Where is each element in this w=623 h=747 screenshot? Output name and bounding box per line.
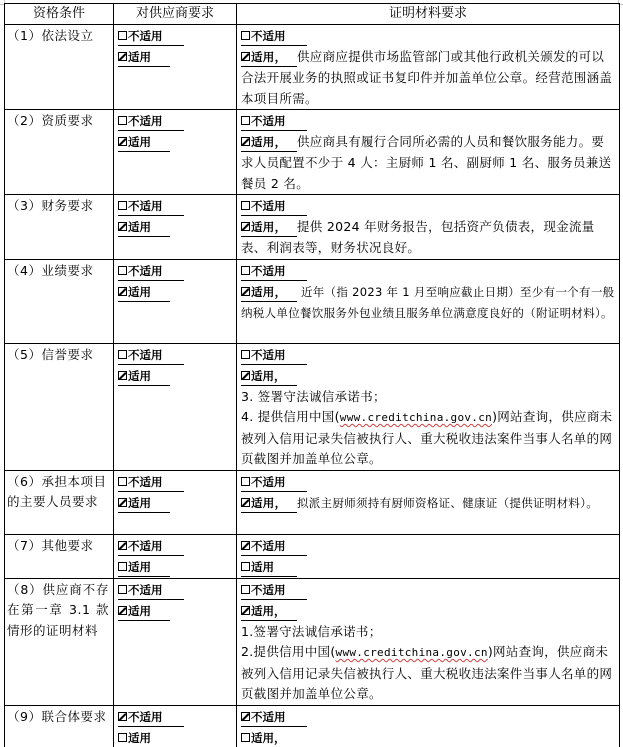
proof-material-cell: 不适用适用，供应商具有履行合同所必需的人员和餐饮服务能力。要求人员配置不少于 4…	[237, 110, 620, 195]
unchecked-box-icon[interactable]	[118, 201, 127, 210]
unchecked-box-icon[interactable]	[241, 116, 250, 125]
option-label: 适用	[128, 496, 151, 510]
applicable-checkbox[interactable]: 适用	[118, 282, 170, 302]
option-label: 适用	[128, 731, 151, 745]
proof-material-cell: 不适用适用， 近年（指 2023 年 1 月至响应截止日期）至少有一个有一般纳税…	[237, 259, 620, 343]
option-label: 适用，	[251, 731, 286, 745]
unchecked-box-icon[interactable]	[241, 31, 250, 40]
proof-description: 适用，供应商应提供市场监管部门或其他行政机关颁发的可以合法开展业务的执照或证书复…	[241, 47, 615, 109]
checked-box-icon[interactable]	[241, 498, 250, 507]
checked-box-icon[interactable]	[118, 137, 127, 146]
supplier-requirement-cell: 不适用适用	[114, 578, 237, 705]
condition-cell: （8）供应商不存在第一章 3.1 款情形的证明材料	[5, 578, 114, 705]
condition-cell: （2）资质要求	[5, 110, 114, 195]
option-label: 不适用	[251, 264, 286, 278]
proof-text: 供应商应提供市场监管部门或其他行政机关颁发的可以合法开展业务的执照或证书复印件并…	[241, 49, 612, 106]
applicable-checkbox[interactable]: 适用	[118, 132, 170, 152]
proof-not-applicable-checkbox[interactable]: 不适用	[241, 261, 307, 281]
option-label: 适用	[128, 285, 151, 299]
option-label: 不适用	[251, 539, 286, 553]
supplier-requirement-cell: 不适用适用	[114, 110, 237, 195]
unchecked-box-icon[interactable]	[241, 585, 250, 594]
proof-applicable-checkbox[interactable]: 适用，	[241, 132, 297, 152]
unchecked-box-icon[interactable]	[118, 116, 127, 125]
proof-not-applicable-checkbox[interactable]: 不适用	[241, 580, 307, 600]
proof-list-item: 2.提供信用中国(www.creditchina.gov.cn)网站查询，供应商…	[241, 642, 615, 705]
not-applicable-checkbox[interactable]: 不适用	[118, 345, 184, 365]
unchecked-box-icon[interactable]	[118, 477, 127, 486]
applicable-checkbox[interactable]: 适用	[118, 728, 170, 747]
table-row: （9）联合体要求不适用适用不适用适用，	[5, 705, 620, 747]
proof-text: 近年（指 2023 年 1 月至响应截止日期）至少有一个有一般纳税人单位餐饮服务…	[241, 285, 614, 320]
not-applicable-checkbox[interactable]: 不适用	[118, 26, 184, 46]
checked-box-icon[interactable]	[118, 712, 127, 721]
checked-box-icon[interactable]	[241, 606, 250, 615]
option-label: 不适用	[128, 29, 163, 43]
condition-cell: （9）联合体要求	[5, 705, 114, 747]
unchecked-box-icon[interactable]	[118, 266, 127, 275]
option-label: 不适用	[128, 264, 163, 278]
table-header-row: 资格条件 对供应商要求 证明材料要求	[5, 4, 620, 25]
option-label: 适用	[128, 604, 151, 618]
option-label: 不适用	[251, 348, 286, 362]
condition-cell: （7）其他要求	[5, 534, 114, 578]
table-row: （3）财务要求不适用适用不适用适用，提供 2024 年财务报告，包括资产负债表，…	[5, 195, 620, 260]
not-applicable-checkbox[interactable]: 不适用	[118, 261, 184, 281]
proof-not-applicable-checkbox[interactable]: 不适用	[241, 111, 307, 131]
not-applicable-checkbox[interactable]: 不适用	[118, 196, 184, 216]
option-label: 适用，	[251, 50, 286, 64]
proof-not-applicable-checkbox[interactable]: 不适用	[241, 345, 307, 365]
header-supplier-requirement: 对供应商要求	[114, 4, 237, 25]
proof-applicable-checkbox[interactable]: 适用，	[241, 217, 297, 237]
proof-not-applicable-checkbox[interactable]: 不适用	[241, 472, 307, 492]
option-label: 适用	[251, 560, 274, 574]
option-label: 适用	[128, 135, 151, 149]
checked-box-icon[interactable]	[118, 222, 127, 231]
checked-box-icon[interactable]	[118, 498, 127, 507]
option-label: 不适用	[128, 539, 163, 553]
not-applicable-checkbox[interactable]: 不适用	[118, 111, 184, 131]
option-label: 不适用	[251, 475, 286, 489]
checked-box-icon[interactable]	[118, 371, 127, 380]
option-label: 不适用	[251, 29, 286, 43]
item-prefix: 4. 提供信用中国(	[241, 409, 340, 424]
option-label: 适用，	[251, 220, 286, 234]
unchecked-box-icon[interactable]	[118, 350, 127, 359]
supplier-requirement-cell: 不适用适用	[114, 25, 237, 110]
unchecked-box-icon[interactable]	[241, 733, 250, 742]
applicable-checkbox[interactable]: 适用	[118, 493, 170, 513]
qualification-requirements-table: 资格条件 对供应商要求 证明材料要求 （1）依法设立不适用适用不适用适用，供应商…	[4, 3, 620, 747]
table-row: （1）依法设立不适用适用不适用适用，供应商应提供市场监管部门或其他行政机关颁发的…	[5, 25, 620, 110]
proof-description: 适用，拟派主厨师须持有厨师资格证、健康证（提供证明材料）。	[241, 493, 615, 514]
proof-applicable-checkbox[interactable]: 适用，	[241, 47, 297, 67]
supplier-requirement-cell: 不适用适用	[114, 195, 237, 260]
supplier-requirement-cell: 不适用适用	[114, 705, 237, 747]
proof-list-item: 4. 提供信用中国(www.creditchina.gov.cn)网站查询，供应…	[241, 407, 615, 470]
option-label: 适用，	[251, 135, 286, 149]
supplier-requirement-cell: 不适用适用	[114, 259, 237, 343]
checked-box-icon[interactable]	[241, 712, 250, 721]
proof-material-cell: 不适用适用，供应商应提供市场监管部门或其他行政机关颁发的可以合法开展业务的执照或…	[237, 25, 620, 110]
condition-cell: （1）依法设立	[5, 25, 114, 110]
unchecked-box-icon[interactable]	[118, 562, 127, 571]
proof-material-cell: 不适用适用，1.签署守法诚信承诺书；2.提供信用中国(www.creditchi…	[237, 578, 620, 705]
checked-box-icon[interactable]	[118, 287, 127, 296]
applicable-checkbox[interactable]: 适用	[118, 366, 170, 386]
proof-applicable-checkbox[interactable]: 适用，	[241, 728, 297, 747]
applicable-checkbox[interactable]: 适用	[118, 601, 170, 621]
checked-box-icon[interactable]	[118, 541, 127, 550]
applicable-checkbox[interactable]: 适用	[118, 217, 170, 237]
not-applicable-checkbox[interactable]: 不适用	[118, 536, 184, 556]
checked-box-icon[interactable]	[241, 371, 250, 380]
not-applicable-checkbox[interactable]: 不适用	[118, 472, 184, 492]
proof-not-applicable-checkbox[interactable]: 不适用	[241, 196, 307, 216]
option-label: 适用	[128, 560, 151, 574]
option-label: 不适用	[128, 475, 163, 489]
proof-list-item: 1.签署守法诚信承诺书；	[241, 622, 615, 643]
unchecked-box-icon[interactable]	[241, 477, 250, 486]
proof-applicable-checkbox[interactable]: 适用，	[241, 601, 297, 621]
option-label: 不适用	[251, 710, 286, 724]
condition-cell: （6）承担本项目的主要人员要求	[5, 470, 114, 534]
unchecked-box-icon[interactable]	[241, 266, 250, 275]
proof-list-item: 3. 签署守法诚信承诺书；	[241, 387, 615, 408]
proof-material-cell: 不适用适用，	[237, 705, 620, 747]
unchecked-box-icon[interactable]	[118, 31, 127, 40]
table-row: （6）承担本项目的主要人员要求不适用适用不适用适用，拟派主厨师须持有厨师资格证、…	[5, 470, 620, 534]
supplier-requirement-cell: 不适用适用	[114, 534, 237, 578]
option-label: 适用，	[251, 604, 286, 618]
creditchina-url-link[interactable]: www.creditchina.gov.cn	[340, 411, 492, 424]
item-prefix: 2.提供信用中国(	[241, 644, 336, 659]
proof-material-cell: 不适用适用，3. 签署守法诚信承诺书；4. 提供信用中国(www.creditc…	[237, 343, 620, 470]
proof-not-applicable-checkbox[interactable]: 不适用	[241, 536, 307, 556]
proof-applicable-checkbox[interactable]: 适用，	[241, 282, 297, 302]
proof-applicable-checkbox[interactable]: 适用，	[241, 493, 297, 513]
option-label: 不适用	[251, 199, 286, 213]
option-label: 不适用	[251, 583, 286, 597]
checked-box-icon[interactable]	[241, 541, 250, 550]
proof-text: 供应商具有履行合同所必需的人员和餐饮服务能力。要求人员配置不少于 4 人：主厨师…	[241, 134, 611, 191]
option-label: 适用，	[251, 285, 286, 299]
option-label: 适用	[128, 50, 151, 64]
table-row: （2）资质要求不适用适用不适用适用，供应商具有履行合同所必需的人员和餐饮服务能力…	[5, 110, 620, 195]
not-applicable-checkbox[interactable]: 不适用	[118, 580, 184, 600]
option-label: 不适用	[128, 114, 163, 128]
not-applicable-checkbox[interactable]: 不适用	[118, 707, 184, 727]
option-label: 适用，	[251, 496, 286, 510]
applicable-checkbox[interactable]: 适用	[118, 47, 170, 67]
proof-text: 拟派主厨师须持有厨师资格证、健康证（提供证明材料）。	[297, 496, 598, 510]
proof-description: 适用，提供 2024 年财务报告，包括资产负债表，现金流量表、利润表等，财务状况…	[241, 217, 615, 259]
condition-cell: （3）财务要求	[5, 195, 114, 260]
unchecked-box-icon[interactable]	[241, 201, 250, 210]
table-row: （4）业绩要求不适用适用不适用适用， 近年（指 2023 年 1 月至响应截止日…	[5, 259, 620, 343]
option-label: 不适用	[128, 199, 163, 213]
proof-applicable-checkbox[interactable]: 适用，	[241, 366, 297, 386]
proof-material-cell: 不适用适用，提供 2024 年财务报告，包括资产负债表，现金流量表、利润表等，财…	[237, 195, 620, 260]
checked-box-icon[interactable]	[241, 287, 250, 296]
table-row: （7）其他要求不适用适用不适用适用	[5, 534, 620, 578]
checked-box-icon[interactable]	[241, 222, 250, 231]
header-qualification-condition: 资格条件	[5, 4, 114, 25]
proof-material-cell: 不适用适用	[237, 534, 620, 578]
proof-material-cell: 不适用适用，拟派主厨师须持有厨师资格证、健康证（提供证明材料）。	[237, 470, 620, 534]
supplier-requirement-cell: 不适用适用	[114, 470, 237, 534]
unchecked-box-icon[interactable]	[118, 585, 127, 594]
proof-not-applicable-checkbox[interactable]: 不适用	[241, 707, 307, 727]
option-label: 不适用	[128, 710, 163, 724]
proof-description: 适用，供应商具有履行合同所必需的人员和餐饮服务能力。要求人员配置不少于 4 人：…	[241, 132, 615, 194]
applicable-checkbox[interactable]: 适用	[118, 557, 170, 577]
creditchina-url-link[interactable]: www.creditchina.gov.cn	[336, 646, 488, 659]
supplier-requirement-cell: 不适用适用	[114, 343, 237, 470]
table-row: （5）信誉要求不适用适用不适用适用，3. 签署守法诚信承诺书；4. 提供信用中国…	[5, 343, 620, 470]
table-row: （8）供应商不存在第一章 3.1 款情形的证明材料不适用适用不适用适用，1.签署…	[5, 578, 620, 705]
unchecked-box-icon[interactable]	[241, 562, 250, 571]
option-label: 不适用	[128, 583, 163, 597]
option-label: 适用	[128, 369, 151, 383]
condition-cell: （5）信誉要求	[5, 343, 114, 470]
option-label: 不适用	[251, 114, 286, 128]
option-label: 适用	[128, 220, 151, 234]
condition-cell: （4）业绩要求	[5, 259, 114, 343]
checked-box-icon[interactable]	[241, 137, 250, 146]
header-proof-material-requirement: 证明材料要求	[237, 4, 620, 25]
option-label: 不适用	[128, 348, 163, 362]
checked-box-icon[interactable]	[118, 52, 127, 61]
checked-box-icon[interactable]	[118, 606, 127, 615]
proof-description: 适用， 近年（指 2023 年 1 月至响应截止日期）至少有一个有一般纳税人单位…	[241, 282, 615, 324]
unchecked-box-icon[interactable]	[118, 733, 127, 742]
proof-applicable-checkbox[interactable]: 适用	[241, 557, 297, 577]
option-label: 适用，	[251, 369, 286, 383]
proof-not-applicable-checkbox[interactable]: 不适用	[241, 26, 307, 46]
unchecked-box-icon[interactable]	[241, 350, 250, 359]
checked-box-icon[interactable]	[241, 52, 250, 61]
